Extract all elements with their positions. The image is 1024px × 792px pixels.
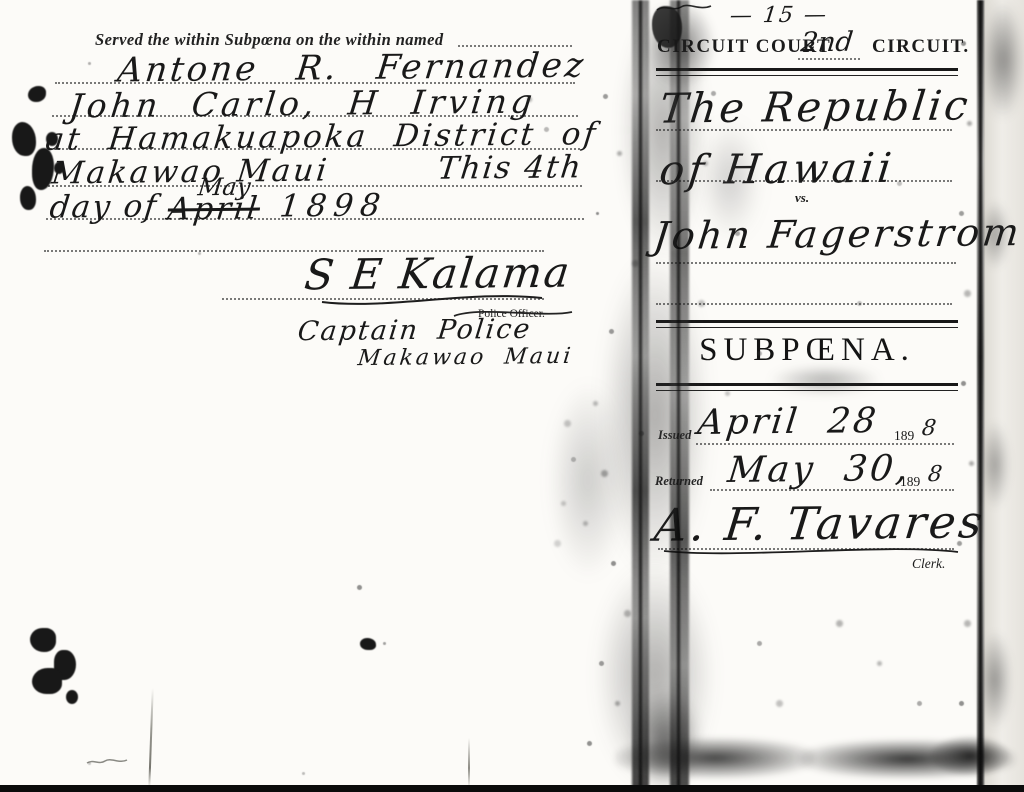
double-rule (656, 320, 958, 328)
page-edge-line (977, 0, 984, 792)
circuit-number-handwritten: 2nd (799, 27, 854, 59)
ink-smudge (630, 690, 700, 790)
issued-year-printed: 189 (894, 428, 914, 444)
fold-stain-band (632, 0, 649, 792)
court-title-right: CIRCUIT. (872, 36, 970, 58)
ink-blot (20, 186, 36, 210)
clerk-label: Clerk. (912, 556, 945, 572)
ink-blot (30, 628, 56, 652)
ink-blot (66, 690, 78, 704)
paper-crease (148, 688, 153, 788)
ink-blot (12, 122, 36, 156)
issued-year-handwritten: 8 (921, 416, 938, 441)
plaintiff-line-1: The Republic (657, 81, 973, 132)
handwritten-month-correction: May (196, 173, 252, 202)
document-type-title: SUBPŒNA. (656, 332, 958, 369)
officer-title: Captain Police (296, 314, 533, 347)
page-number: — 15 — (729, 2, 830, 28)
double-rule (656, 68, 958, 76)
ruled-line (656, 262, 956, 264)
scanned-subpoena-document: Served the within Subpœna on the within … (0, 0, 1024, 792)
versus-label: vs. (795, 190, 809, 206)
ink-smudge (595, 560, 715, 790)
ink-blot (32, 668, 62, 694)
returned-label: Returned (655, 474, 703, 489)
defendant-name: John Fagerstrom (651, 210, 1024, 258)
ink-blot (28, 86, 46, 102)
ink-blot (54, 650, 76, 680)
issued-date-handwritten: April 28 (696, 401, 881, 443)
ink-blot (360, 638, 376, 650)
returned-date-handwritten: May 30, (726, 448, 913, 491)
returned-year-printed: 189 (900, 474, 920, 490)
ink-smudge (548, 380, 628, 580)
ink-smear (800, 740, 1015, 778)
handwritten-this-4th: This 4th (436, 149, 585, 187)
handwritten-year: 1898 (278, 187, 389, 224)
ruled-line (696, 443, 954, 445)
paper-crease (468, 738, 470, 788)
issued-label: Issued (658, 428, 691, 443)
handwritten-day-of: day of (48, 188, 160, 225)
ruled-line (656, 303, 952, 305)
double-rule (656, 383, 958, 391)
scanner-edge-strip (0, 785, 1024, 792)
ink-scribble (85, 756, 129, 768)
returned-year-handwritten: 8 (927, 462, 944, 487)
ruled-line (798, 58, 860, 60)
plaintiff-line-2: of Hawaii (657, 144, 898, 194)
ink-smear (615, 738, 815, 778)
ink-speckle-field (0, 0, 3, 3)
ink-scribble (655, 2, 715, 16)
officer-location: Makawao Maui (356, 344, 574, 371)
page-edge-margin (984, 0, 1024, 792)
handwritten-place-line-2: Makawao Maui (50, 153, 332, 192)
